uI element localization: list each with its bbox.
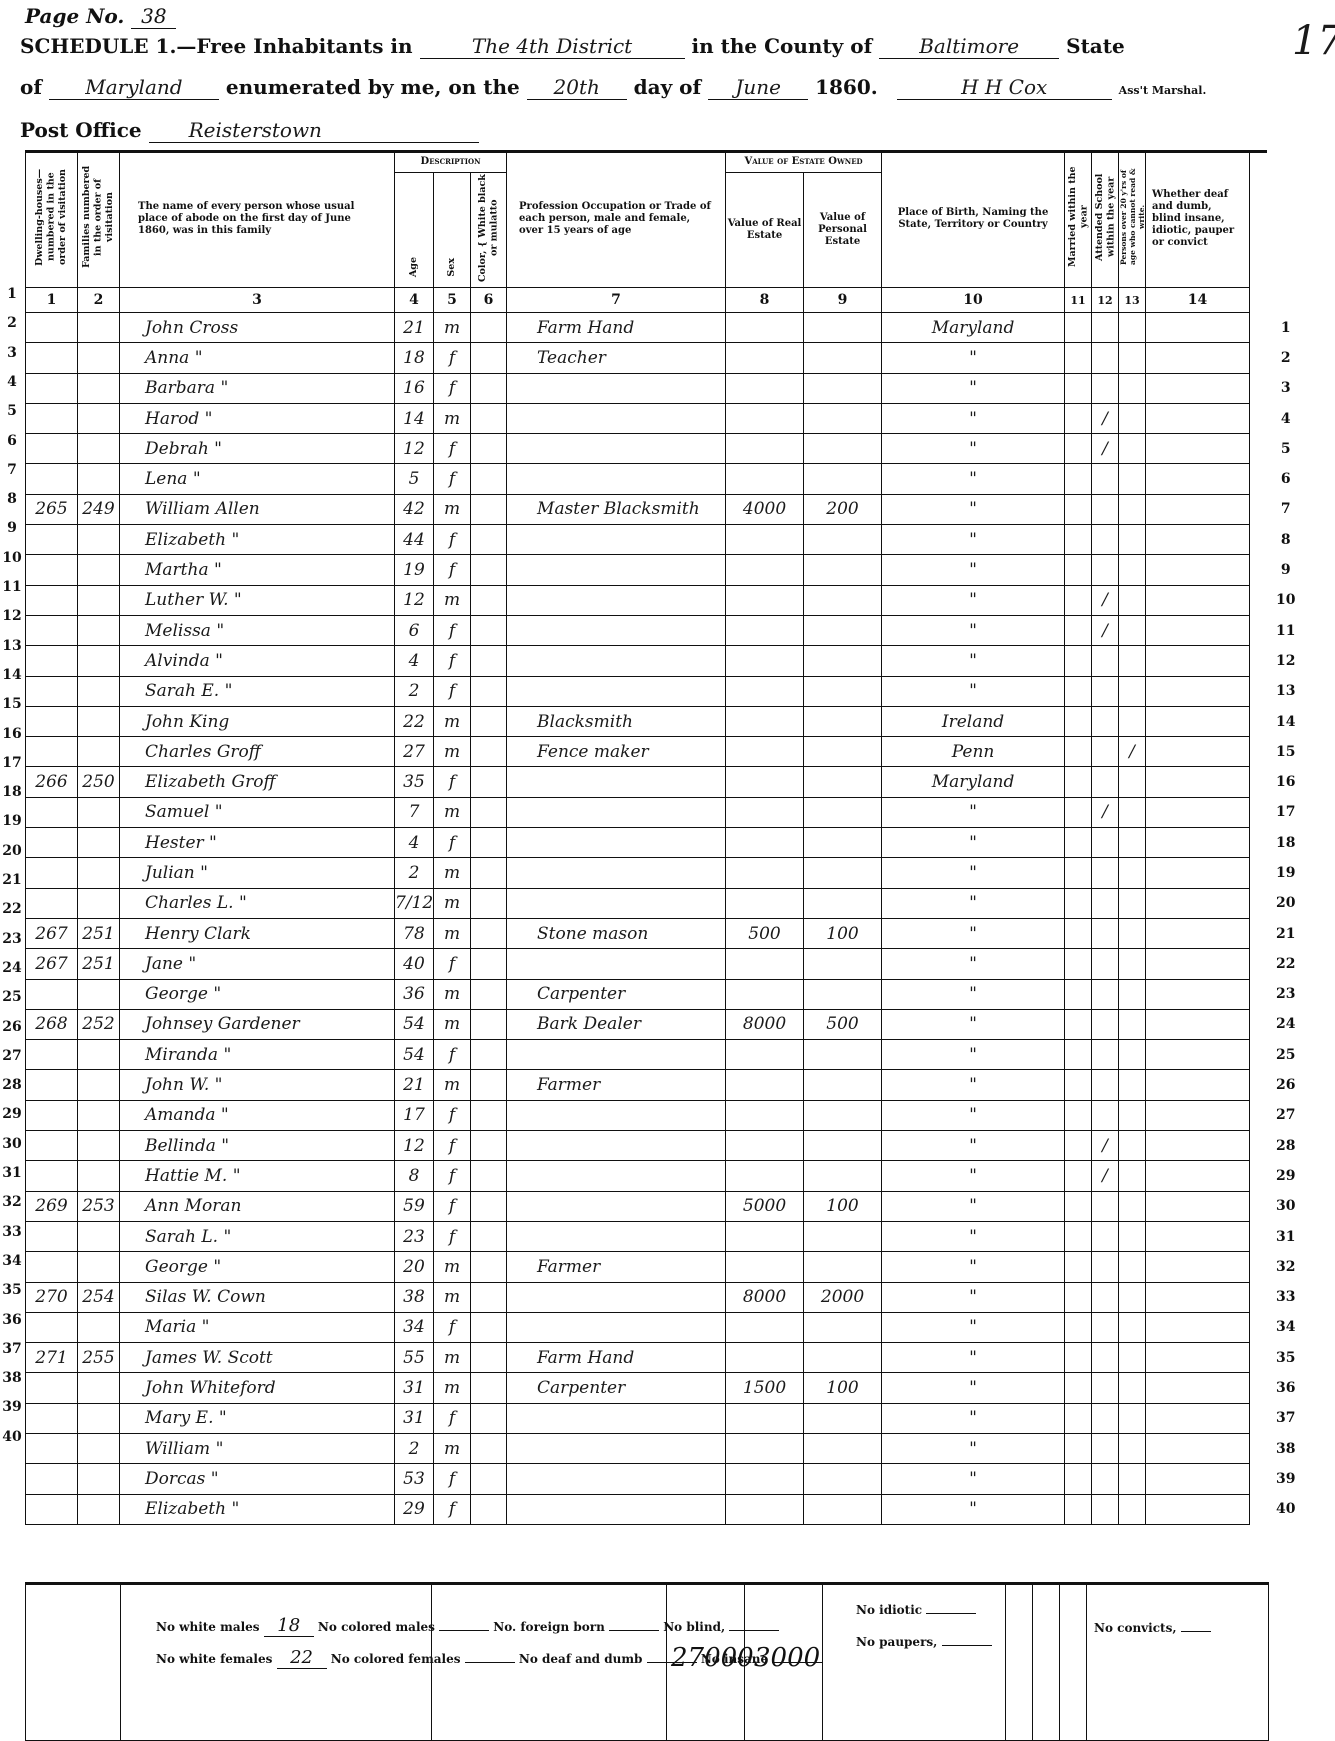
family-number [78,646,120,676]
age-cell: 21 [395,313,434,343]
age-cell: 7 [395,797,434,827]
personal-estate-cell [804,797,882,827]
occupation-cell [507,858,726,888]
school-cell [1092,918,1119,948]
age-cell: 35 [395,767,434,797]
birthplace-cell: " [882,615,1065,645]
left-line-number: 2 [2,315,22,331]
right-line-number: 10 [1250,585,1322,615]
sex-cell: f [434,1221,471,1251]
illiterate-cell [1119,373,1146,403]
age-cell: 8 [395,1161,434,1191]
dwelling-number [26,313,78,343]
dwelling-number [26,1464,78,1494]
left-line-number: 36 [2,1312,22,1328]
sex-cell: f [434,767,471,797]
real-estate-cell [726,343,804,373]
right-line-number: 18 [1250,828,1322,858]
person-name: Melissa " [120,615,395,645]
school-cell [1092,767,1119,797]
married-cell [1065,1312,1092,1342]
county-field: Baltimore [879,34,1059,59]
illiterate-cell [1119,888,1146,918]
birthplace-cell: " [882,525,1065,555]
person-name: William " [120,1433,395,1463]
col-number: 9 [804,288,882,313]
occupation-cell [507,1131,726,1161]
person-name: Hattie M. " [120,1161,395,1191]
illiterate-cell [1119,1282,1146,1312]
married-cell [1065,585,1092,615]
convicts-count [1181,1631,1211,1632]
school-cell [1092,1040,1119,1070]
color-cell [471,585,507,615]
right-line-number: 4 [1250,403,1322,433]
color-cell [471,1191,507,1221]
real-estate-cell [726,1252,804,1282]
right-line-number: 15 [1250,737,1322,767]
family-number [78,313,120,343]
left-line-number: 5 [2,403,22,419]
table-row: Bellinda "12f"/28 [26,1131,1322,1161]
illiterate-cell [1119,1252,1146,1282]
personal-estate-cell [804,585,882,615]
occupation-cell [507,767,726,797]
color-cell [471,373,507,403]
birthplace-cell: " [882,646,1065,676]
real-estate-cell [726,737,804,767]
family-number: 250 [78,767,120,797]
real-estate-cell [726,1040,804,1070]
married-cell [1065,615,1092,645]
person-name: Maria " [120,1312,395,1342]
family-number [78,706,120,736]
white-females-count: 22 [277,1647,327,1669]
dwelling-number [26,585,78,615]
person-name: Debrah " [120,434,395,464]
sex-cell: f [434,555,471,585]
disability-cell [1146,706,1250,736]
age-cell: 4 [395,646,434,676]
personal-estate-cell [804,1403,882,1433]
table-row: Barbara "16f"3 [26,373,1322,403]
school-cell [1092,1221,1119,1251]
person-name: James W. Scott [120,1343,395,1373]
illiterate-cell [1119,918,1146,948]
color-cell [471,1343,507,1373]
year-label: 1860. [815,75,878,99]
school-cell: / [1092,797,1119,827]
table-row: Amanda "17f"27 [26,1100,1322,1130]
left-line-number: 26 [2,1019,22,1035]
age-cell: 12 [395,585,434,615]
person-name: Elizabeth " [120,1494,395,1524]
person-name: Charles L. " [120,888,395,918]
birthplace-cell: Maryland [882,313,1065,343]
family-number [78,858,120,888]
right-line-number: 14 [1250,706,1322,736]
occupation-cell: Blacksmith [507,706,726,736]
disability-cell [1146,1464,1250,1494]
convicts-label: No convicts, [1094,1621,1177,1635]
occupation-cell [507,1312,726,1342]
disability-cell [1146,1373,1250,1403]
colored-females-label: No colored females [331,1652,461,1666]
sex-cell: m [434,706,471,736]
disability-cell [1146,464,1250,494]
right-line-number: 28 [1250,1131,1322,1161]
dwelling-number: 267 [26,918,78,948]
married-cell [1065,949,1092,979]
person-name: Johnsey Gardener [120,1009,395,1039]
married-cell [1065,828,1092,858]
sex-cell: f [434,1403,471,1433]
real-estate-cell: 500 [726,918,804,948]
personal-estate-cell [804,1070,882,1100]
school-cell [1092,706,1119,736]
right-line-number: 7 [1250,494,1322,524]
table-row: John Cross21mFarm HandMaryland1 [26,313,1322,343]
married-cell [1065,1040,1092,1070]
personal-estate-cell [804,615,882,645]
col-family-header: Families numbered in the order of visita… [81,162,115,272]
color-cell [471,615,507,645]
illiterate-cell [1119,1464,1146,1494]
right-line-number: 23 [1250,979,1322,1009]
personal-estate-cell [804,646,882,676]
color-cell [471,949,507,979]
disability-cell [1146,797,1250,827]
right-line-number: 12 [1250,646,1322,676]
sex-cell: m [434,585,471,615]
school-cell [1092,888,1119,918]
birthplace-cell: " [882,1433,1065,1463]
school-cell [1092,555,1119,585]
person-name: Amanda " [120,1100,395,1130]
family-number [78,1433,120,1463]
real-estate-cell [726,646,804,676]
illiterate-cell [1119,313,1146,343]
birthplace-cell: " [882,555,1065,585]
married-cell [1065,464,1092,494]
school-cell [1092,828,1119,858]
dwelling-number [26,828,78,858]
left-line-number: 16 [2,726,22,742]
disability-cell [1146,646,1250,676]
colored-females-count [465,1662,515,1663]
married-cell [1065,1343,1092,1373]
table-row: Anna "18fTeacher"2 [26,343,1322,373]
right-line-number: 22 [1250,949,1322,979]
birthplace-cell: " [882,1403,1065,1433]
marshal-field: H H Cox [897,75,1112,100]
sex-cell: m [434,1252,471,1282]
right-line-number: 30 [1250,1191,1322,1221]
occupation-cell: Carpenter [507,979,726,1009]
illiterate-cell [1119,949,1146,979]
family-number [78,737,120,767]
sex-cell: f [434,1494,471,1524]
age-cell: 5 [395,464,434,494]
person-name: Miranda " [120,1040,395,1070]
age-cell: 20 [395,1252,434,1282]
real-estate-cell [726,797,804,827]
illiterate-cell [1119,858,1146,888]
illiterate-cell [1119,706,1146,736]
dwelling-number [26,858,78,888]
birthplace-cell: " [882,888,1065,918]
disability-cell [1146,525,1250,555]
school-cell: / [1092,434,1119,464]
married-cell [1065,373,1092,403]
sex-cell: f [434,434,471,464]
disability-cell [1146,343,1250,373]
disability-cell [1146,1252,1250,1282]
table-row: Sarah E. "2f"13 [26,676,1322,706]
disability-cell [1146,1040,1250,1070]
person-name: John Whiteford [120,1373,395,1403]
personal-estate-cell [804,403,882,433]
table-row: 265249William Allen42mMaster Blacksmith4… [26,494,1322,524]
occupation-cell [507,373,726,403]
sex-cell: m [434,1373,471,1403]
right-line-number: 38 [1250,1433,1322,1463]
age-cell: 31 [395,1403,434,1433]
dwelling-number [26,1131,78,1161]
dwelling-number [26,888,78,918]
disability-cell [1146,1131,1250,1161]
school-cell [1092,1464,1119,1494]
col-married-header: Married within the year [1067,162,1090,272]
col-number: 14 [1146,288,1250,313]
color-cell [471,1403,507,1433]
day-field: 20th [527,75,627,100]
illiterate-cell [1119,1343,1146,1373]
real-estate-cell [726,1494,804,1524]
color-cell [471,494,507,524]
schedule-line: SCHEDULE 1.—Free Inhabitants in The 4th … [20,34,1125,59]
left-line-number: 27 [2,1048,22,1064]
table-row: Elizabeth "44f"8 [26,525,1322,555]
married-cell [1065,1131,1092,1161]
age-cell: 2 [395,858,434,888]
dwelling-number [26,797,78,827]
married-cell [1065,1464,1092,1494]
school-cell [1092,1433,1119,1463]
right-line-number: 27 [1250,1100,1322,1130]
right-line-number: 8 [1250,525,1322,555]
occupation-cell [507,888,726,918]
right-line-number: 3 [1250,373,1322,403]
illiterate-cell [1119,434,1146,464]
disability-cell [1146,676,1250,706]
district-field: The 4th District [420,34,685,59]
disability-cell [1146,403,1250,433]
left-line-number: 18 [2,784,22,800]
occupation-cell: Farm Hand [507,313,726,343]
married-cell [1065,979,1092,1009]
family-number [78,403,120,433]
personal-estate-cell: 100 [804,918,882,948]
married-cell [1065,1252,1092,1282]
school-cell [1092,373,1119,403]
disability-cell [1146,1191,1250,1221]
illiterate-cell [1119,676,1146,706]
left-line-number: 37 [2,1341,22,1357]
table-row: George "36mCarpenter"23 [26,979,1322,1009]
personal-estate-cell [804,555,882,585]
family-number: 251 [78,918,120,948]
real-estate-cell: 8000 [726,1009,804,1039]
birthplace-cell: " [882,918,1065,948]
birthplace-cell: " [882,343,1065,373]
school-cell [1092,1191,1119,1221]
disability-cell [1146,949,1250,979]
personal-estate-cell [804,1040,882,1070]
illiterate-cell [1119,1131,1146,1161]
white-females-label: No white females [156,1652,272,1666]
illiterate-cell [1119,767,1146,797]
table-row: 270254Silas W. Cown38m80002000"33 [26,1282,1322,1312]
family-number [78,525,120,555]
blind-label: No blind, [663,1620,725,1634]
census-rows: John Cross21mFarm HandMaryland1Anna "18f… [26,313,1322,1525]
left-line-number: 15 [2,696,22,712]
dwelling-number [26,1312,78,1342]
table-row: Samuel "7m"/17 [26,797,1322,827]
disability-cell [1146,828,1250,858]
col-number: 13 [1119,288,1146,313]
school-cell [1092,858,1119,888]
married-cell [1065,1403,1092,1433]
right-line-number: 34 [1250,1312,1322,1342]
married-cell [1065,494,1092,524]
col-number: 12 [1092,288,1119,313]
person-name: John W. " [120,1070,395,1100]
birthplace-cell: " [882,1070,1065,1100]
person-name: Bellinda " [120,1131,395,1161]
married-cell [1065,646,1092,676]
right-line-number: 35 [1250,1343,1322,1373]
married-cell [1065,797,1092,827]
sex-cell: f [434,646,471,676]
school-cell: / [1092,1161,1119,1191]
col-disability-header: Whether deaf and dumb, blind insane, idi… [1146,151,1250,288]
personal-estate-cell [804,676,882,706]
married-cell [1065,313,1092,343]
personal-estate-cell [804,828,882,858]
personal-estate-cell: 2000 [804,1282,882,1312]
dwelling-number [26,1100,78,1130]
school-cell [1092,979,1119,1009]
school-cell [1092,464,1119,494]
real-estate-cell [726,373,804,403]
family-number [78,1161,120,1191]
right-line-number: 5 [1250,434,1322,464]
occupation-cell [507,434,726,464]
left-line-number: 21 [2,872,22,888]
col-personal-estate-header: Value of Personal Estate [804,173,882,288]
married-cell [1065,1433,1092,1463]
birthplace-cell: " [882,373,1065,403]
personal-estate-cell [804,373,882,403]
illiterate-cell: / [1119,737,1146,767]
dwelling-number [26,1433,78,1463]
family-number [78,828,120,858]
color-cell [471,1433,507,1463]
real-estate-cell [726,1100,804,1130]
family-number [78,585,120,615]
occupation-cell [507,1464,726,1494]
dwelling-number [26,979,78,1009]
person-name: Henry Clark [120,918,395,948]
dwelling-number [26,1252,78,1282]
illiterate-cell [1119,1373,1146,1403]
person-name: Mary E. " [120,1403,395,1433]
right-line-number: 13 [1250,676,1322,706]
married-cell [1065,1161,1092,1191]
school-cell [1092,1100,1119,1130]
right-line-number: 11 [1250,615,1322,645]
real-estate-cell [726,1433,804,1463]
left-line-number: 22 [2,901,22,917]
colored-males-label: No colored males [318,1620,435,1634]
family-number [78,1040,120,1070]
table-row: Julian "2m"19 [26,858,1322,888]
state-label: State [1066,34,1125,58]
sex-cell: f [434,1191,471,1221]
family-number [78,979,120,1009]
married-cell [1065,1009,1092,1039]
color-cell [471,1282,507,1312]
school-cell [1092,737,1119,767]
color-cell [471,1373,507,1403]
disability-cell [1146,434,1250,464]
left-line-number: 33 [2,1224,22,1240]
personal-estate-cell [804,1494,882,1524]
color-cell [471,434,507,464]
right-line-number: 40 [1250,1494,1322,1524]
color-cell [471,858,507,888]
family-number [78,1252,120,1282]
real-estate-cell [726,828,804,858]
school-cell: / [1092,615,1119,645]
table-row: Mary E. "31f"37 [26,1403,1322,1433]
age-cell: 34 [395,1312,434,1342]
real-estate-cell [726,1464,804,1494]
table-row: George "20mFarmer"32 [26,1252,1322,1282]
dwelling-number: 266 [26,767,78,797]
table-row: Hattie M. "8f"/29 [26,1161,1322,1191]
right-line-number: 26 [1250,1070,1322,1100]
col-illiterate-header: Persons over 20 y'rs of age who cannot r… [1119,162,1146,272]
occupation-cell: Stone mason [507,918,726,948]
personal-estate-cell [804,313,882,343]
sex-cell: m [434,979,471,1009]
sex-cell: m [434,1343,471,1373]
age-cell: 16 [395,373,434,403]
sex-cell: f [434,1131,471,1161]
color-cell [471,525,507,555]
family-number: 255 [78,1343,120,1373]
real-estate-cell [726,555,804,585]
occupation-cell [507,646,726,676]
married-cell [1065,706,1092,736]
table-row: John King22mBlacksmithIreland14 [26,706,1322,736]
person-name: William Allen [120,494,395,524]
left-line-number: 34 [2,1253,22,1269]
color-cell [471,1100,507,1130]
